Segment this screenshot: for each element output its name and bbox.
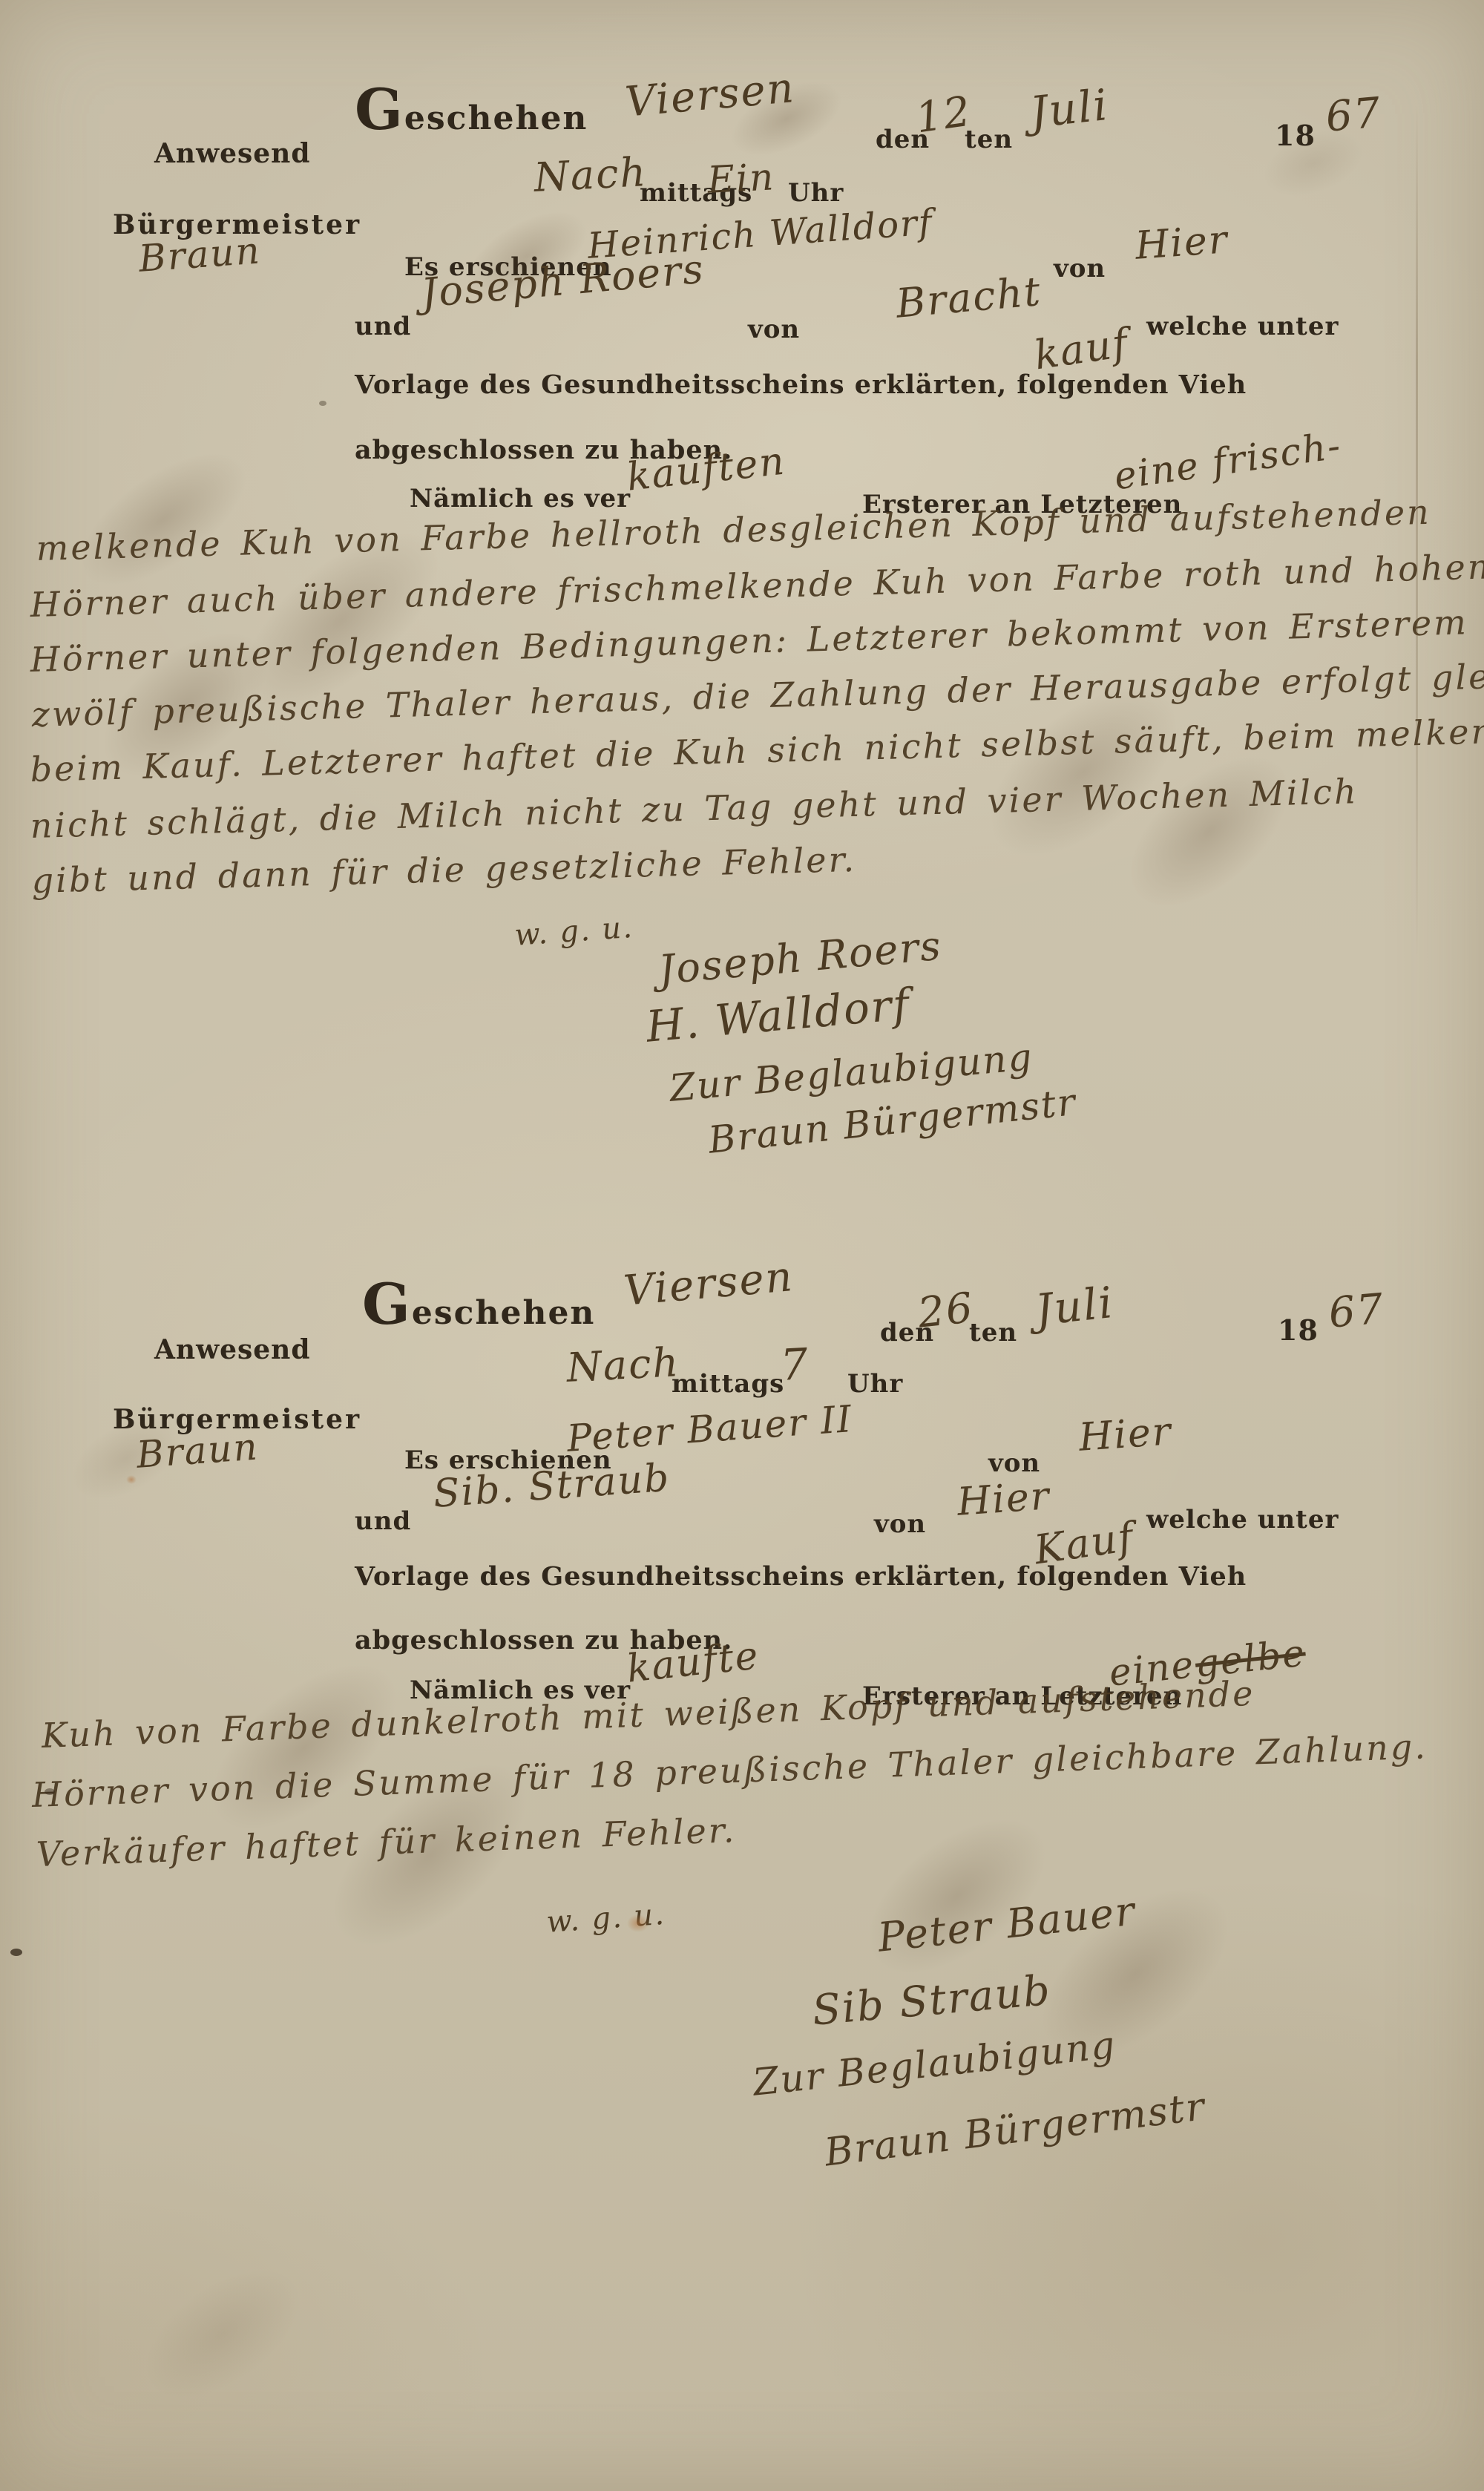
mayor-signature: Braun (137, 229, 263, 280)
handwritten-place2: Bracht (894, 268, 1043, 327)
handwritten-month: Juli (1028, 79, 1111, 138)
handwritten-place: Viersen (622, 1253, 795, 1316)
form-label-uhr: Uhr (788, 178, 844, 208)
handwritten-hour: 7 (779, 1339, 810, 1391)
handwritten-wgu: w. g. u. (545, 1897, 666, 1940)
handwritten-place2: Hier (956, 1474, 1051, 1525)
handwritten-time-prefix: Nach (565, 1339, 681, 1391)
form-label-von: von (1054, 254, 1106, 283)
form-label-uhr: Uhr (847, 1369, 903, 1399)
form-label-ten: ten (969, 1318, 1017, 1348)
form-label-anwesend: Anwesend (154, 138, 311, 169)
form-label-von2: von (874, 1509, 926, 1539)
form-label-von2: von (748, 315, 800, 344)
form-line-vorlage: Vorlage des Gesundheitsscheins erklärten… (355, 1561, 1247, 1592)
form-label-von: von (988, 1448, 1040, 1478)
form-label-geschehen: Geschehen (362, 1282, 595, 1332)
handwritten-month: Juli (1033, 1277, 1116, 1336)
form-label-naemlich: Nämlich es ver (410, 484, 631, 513)
scanned-document-page: Geschehen Viersen den 12 ten Juli 18 67 … (0, 0, 1484, 2491)
mayor-closing-signature: Braun Bürgermstr (822, 2084, 1208, 2176)
ink-smudge (122, 2243, 323, 2424)
ink-speck (319, 401, 326, 406)
form-line-vorlage: Vorlage des Gesundheitsscheins erklärten… (355, 370, 1247, 400)
form-label-und: und (355, 1506, 411, 1536)
form-label-und: und (355, 312, 411, 341)
handwritten-time-prefix: Nach (533, 148, 649, 201)
form-label-century: 18 (1278, 1313, 1319, 1347)
ink-speck (10, 1949, 22, 1956)
form-label-ten: ten (965, 125, 1013, 154)
handwritten-place1: Hier (1134, 217, 1229, 269)
rust-stain (126, 1475, 137, 1484)
handwritten-ersterer-suffix: eine frisch- (1112, 424, 1345, 498)
form-label-welche-unter: welche unter (1146, 312, 1339, 341)
handwritten-wgu: w. g. u. (513, 910, 634, 953)
rust-stain (627, 1914, 649, 1932)
form-label-mittags: mittags (672, 1369, 784, 1399)
form-label-geschehen: Geschehen (355, 88, 588, 137)
form-label-welche-unter: welche unter (1146, 1505, 1339, 1535)
party-signature-2: Sib Straub (810, 1966, 1053, 2035)
handwritten-day: 26 (916, 1284, 976, 1338)
form-label-anwesend: Anwesend (154, 1334, 311, 1365)
paper-crease (1416, 104, 1418, 957)
handwritten-year: 67 (1327, 1284, 1387, 1337)
handwritten-place1: Hier (1077, 1409, 1173, 1460)
ink-speck (45, 1788, 55, 1795)
handwritten-hour: Ein (706, 155, 776, 202)
handwritten-party1: Peter Bauer II (565, 1397, 854, 1460)
handwritten-body-line: gibt und dann für die gesetzliche Fehler… (31, 839, 857, 901)
